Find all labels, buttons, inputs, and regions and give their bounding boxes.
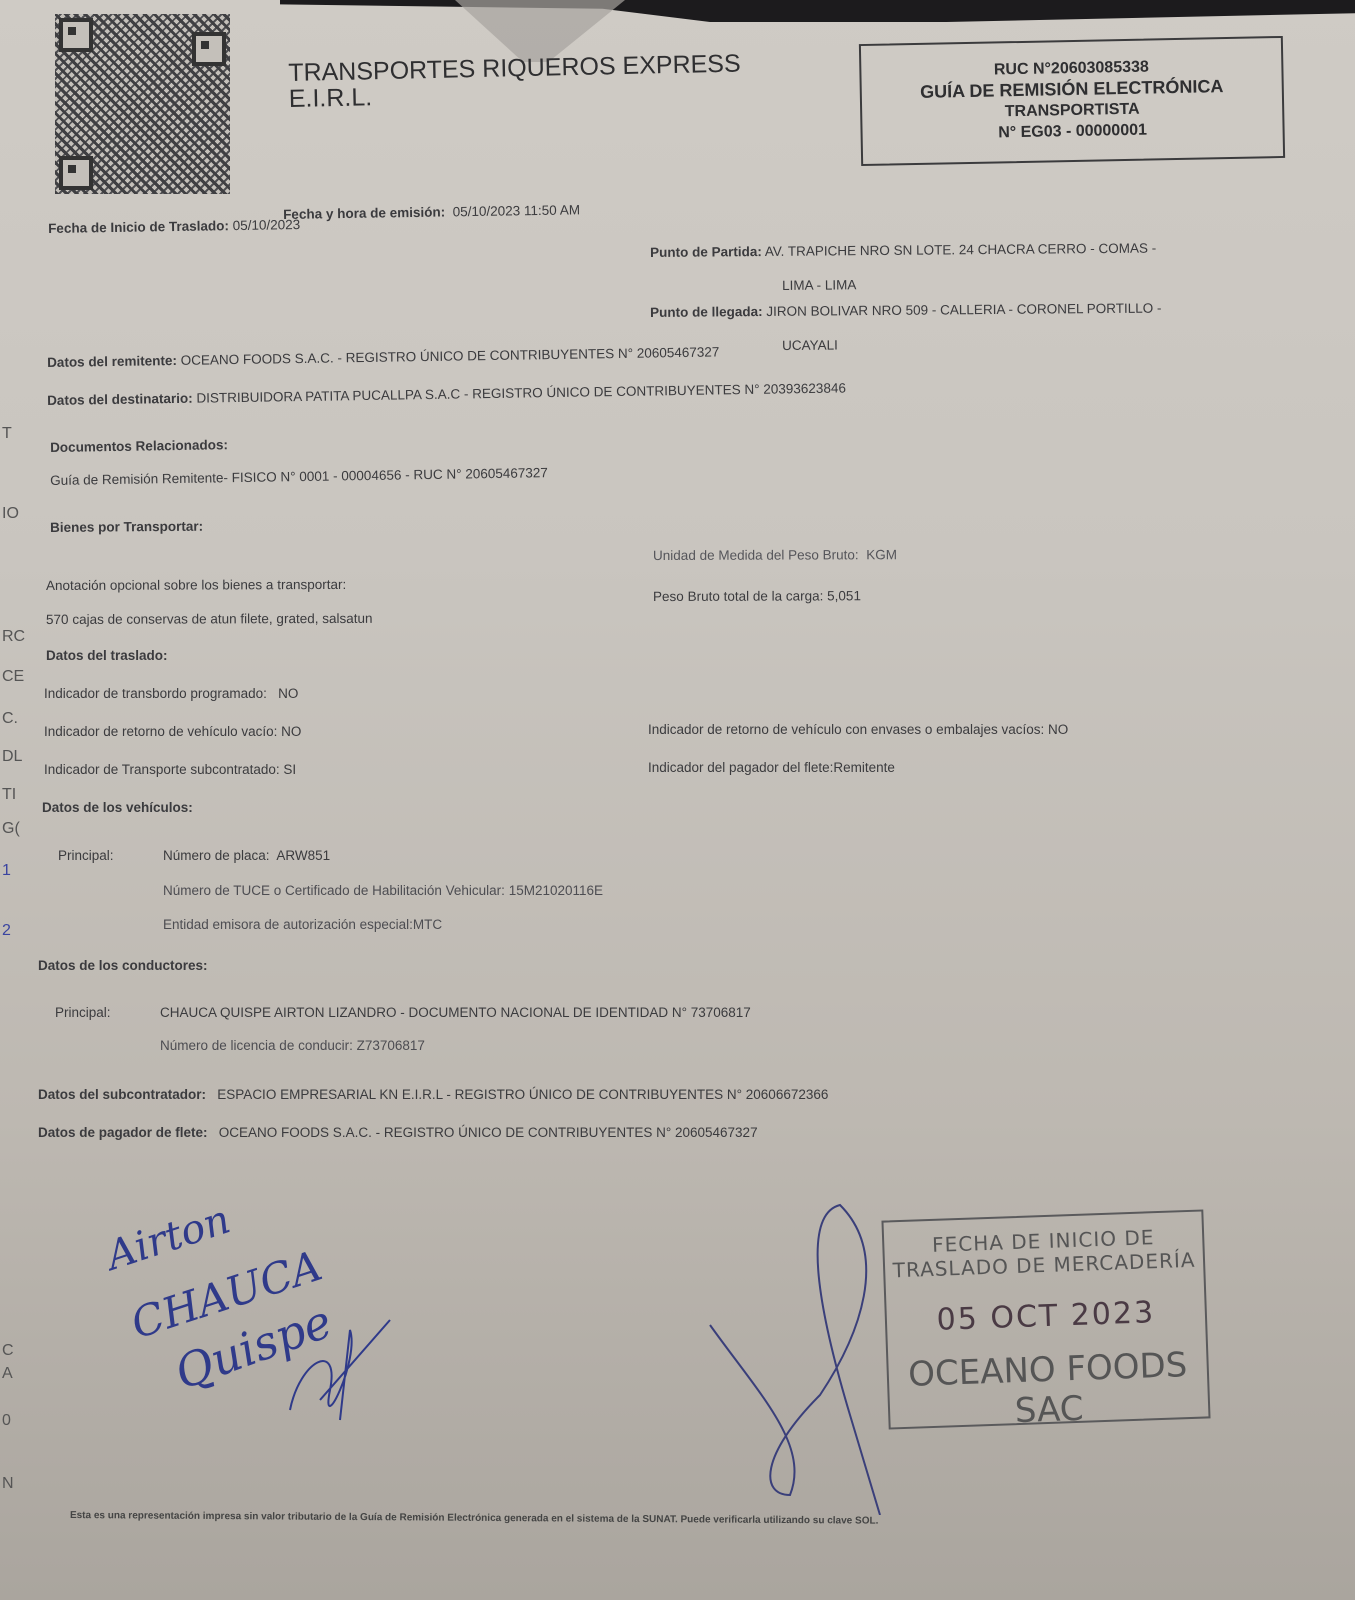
vehicles-heading: Datos de los vehículos:: [42, 800, 193, 815]
company-name: TRANSPORTES RIQUEROS EXPRESS E.I.R.L.: [288, 51, 741, 112]
transfer-heading: Datos del traslado:: [46, 648, 168, 663]
edge-fragment: 0: [2, 1412, 11, 1430]
subcontractor-data: Datos del subcontratador: ESPACIO EMPRES…: [38, 1087, 828, 1102]
plate-number: Número de placa: ARW851: [163, 848, 330, 863]
freight-payer-data: Datos de pagador de flete: OCEANO FOODS …: [38, 1125, 758, 1140]
edge-fragment: C.: [2, 710, 18, 728]
vehicle-role: Principal:: [58, 848, 114, 863]
authority: Entidad emisora de autorización especial…: [163, 917, 442, 932]
freight-payer-indicator: Indicador del pagador del flete:Remitent…: [648, 760, 895, 775]
origin-point-cont: LIMA - LIMA: [782, 277, 856, 293]
driver-license: Número de licencia de conducir: Z7370681…: [160, 1038, 425, 1053]
edge-fragment: 2: [2, 922, 11, 940]
goods-note: 570 cajas de conservas de atun filete, g…: [46, 611, 373, 627]
document-id-box: RUC N°20603085338 GUÍA DE REMISIÓN ELECT…: [859, 36, 1285, 166]
edge-fragment: C: [2, 1342, 14, 1360]
drivers-heading: Datos de los conductores:: [38, 958, 208, 973]
edge-fragment: DL: [2, 748, 22, 766]
edge-fragment: G(: [2, 820, 20, 838]
transshipment-indicator: Indicador de transbordo programado: NO: [44, 686, 298, 701]
sender-signature-scribble: [700, 1195, 900, 1515]
destination-point-cont: UCAYALI: [782, 338, 838, 353]
driver-signature-scribble: [280, 1300, 400, 1430]
driver-name: CHAUCA QUISPE AIRTON LIZANDRO - DOCUMENT…: [160, 1005, 751, 1020]
transfer-date-stamp: FECHA DE INICIO DE TRASLADO DE MERCADERÍ…: [881, 1209, 1210, 1429]
empty-return-indicator: Indicador de retorno de vehículo vacío: …: [44, 724, 301, 739]
packaging-return-indicator: Indicador de retorno de vehículo con env…: [648, 722, 1068, 737]
edge-fragment: N: [2, 1475, 14, 1493]
goods-heading: Bienes por Transportar:: [50, 519, 203, 535]
edge-fragment: A: [2, 1365, 13, 1383]
edge-fragment: TI: [2, 786, 16, 804]
edge-fragment: CE: [2, 668, 24, 686]
gross-weight: Peso Bruto total de la carga: 5,051: [653, 588, 861, 604]
edge-fragment: IO: [2, 505, 19, 523]
goods-note-label: Anotación opcional sobre los bienes a tr…: [46, 577, 346, 593]
tuce-number: Número de TUCE o Certificado de Habilita…: [163, 883, 603, 898]
edge-fragment: T: [2, 425, 12, 443]
driver-role: Principal:: [55, 1005, 111, 1020]
weight-unit: Unidad de Medida del Peso Bruto: KGM: [653, 547, 897, 563]
qr-code-icon: [55, 14, 230, 194]
edge-fragment: RC: [2, 628, 25, 646]
edge-fragment: 1: [2, 862, 11, 880]
related-docs-heading: Documentos Relacionados:: [50, 437, 228, 455]
subcontracted-indicator: Indicador de Transporte subcontratado: S…: [44, 762, 296, 777]
